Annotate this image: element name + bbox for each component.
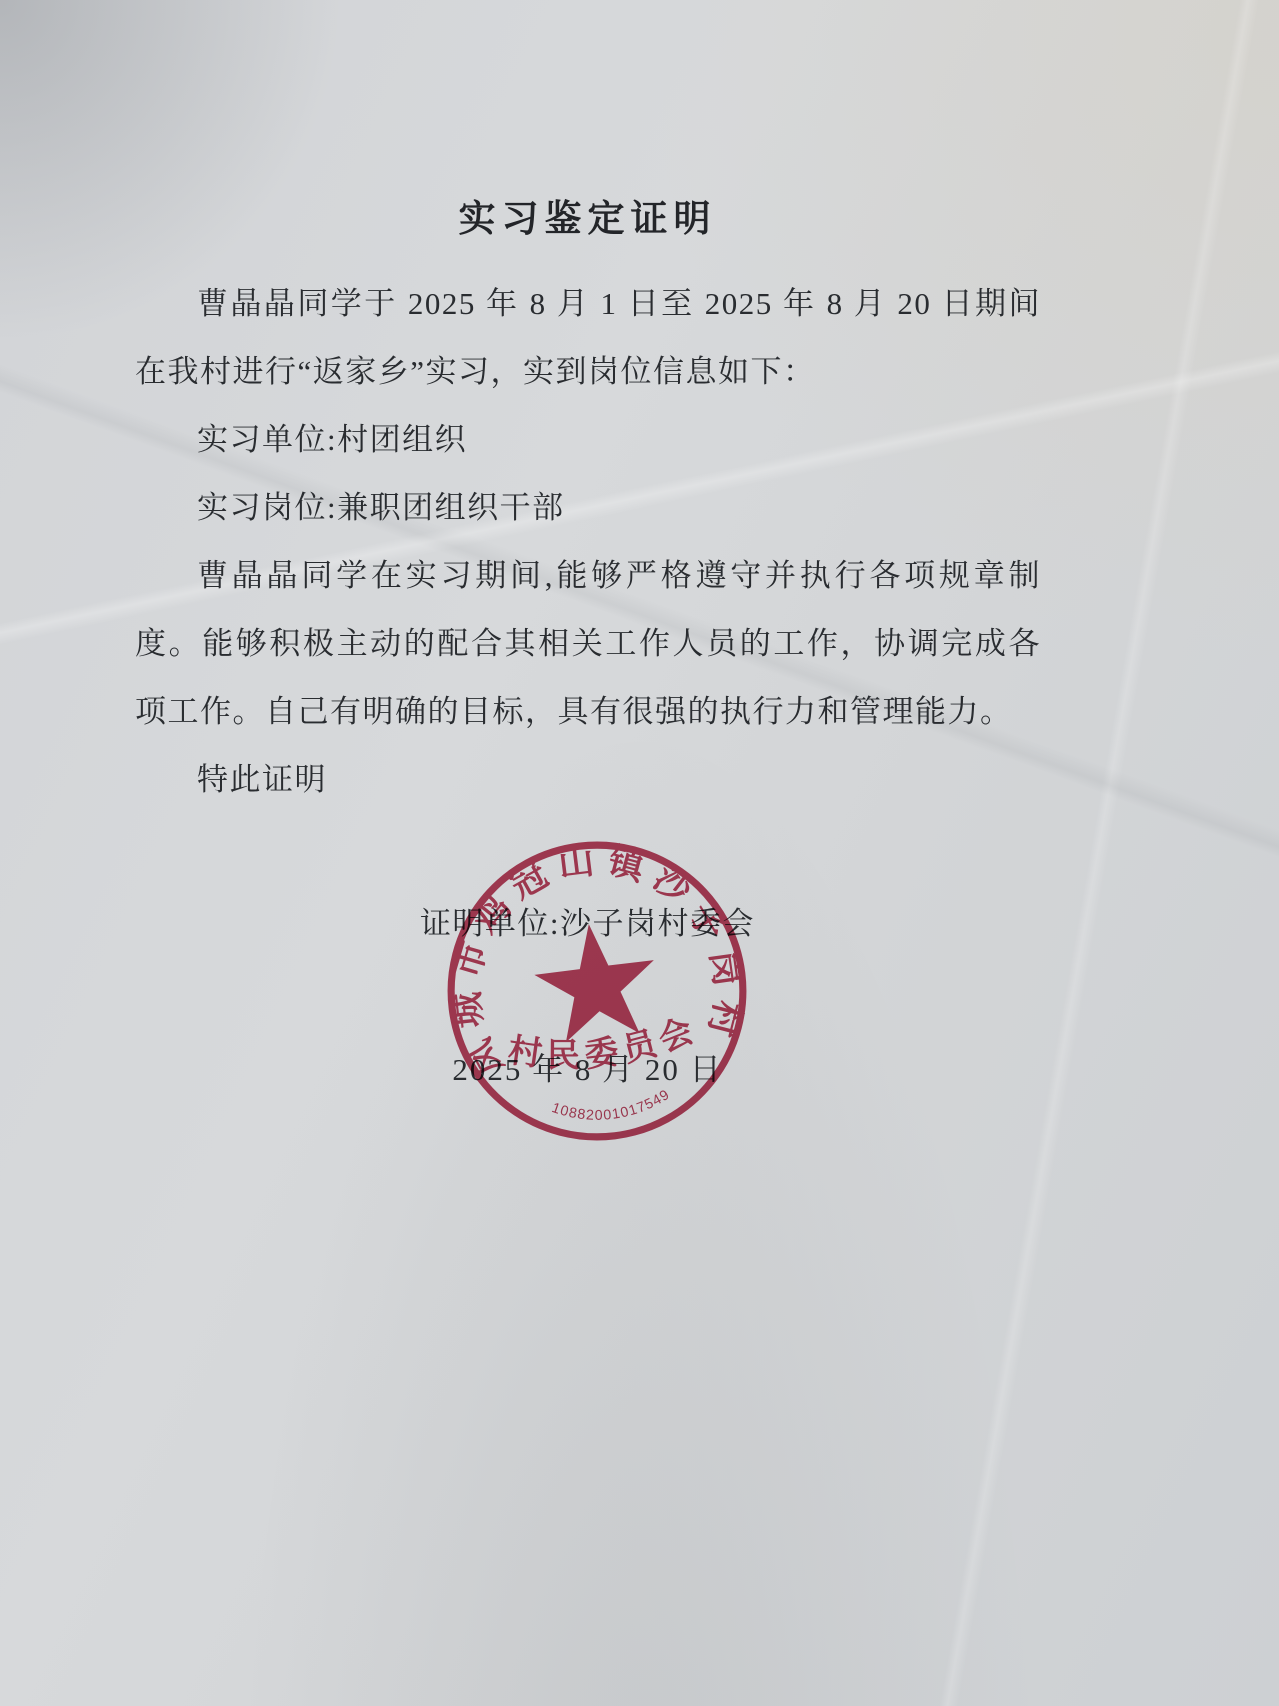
document-title: 实习鉴定证明 (135, 188, 1040, 242)
seal-ring (434, 828, 759, 1153)
certificate-page: 实习鉴定证明 曹晶晶同学于 2025 年 8 月 1 日至 2025 年 8 月… (0, 0, 1279, 1706)
closing-line: 特此证明 (135, 746, 1041, 814)
intro-paragraph: 曹晶晶同学于 2025 年 8 月 1 日至 2025 年 8 月 20 日期间… (135, 270, 1041, 406)
issuer-line: 证明单位:沙子岗村委会 (135, 898, 1040, 943)
seal-serial-number: 10882001017549 (548, 1086, 675, 1131)
internship-post-line: 实习岗位:兼职团组织干部 (135, 474, 1041, 542)
date-line: 2025 年 8 月 20 日 (135, 1044, 1040, 1089)
document-body: 曹晶晶同学于 2025 年 8 月 1 日至 2025 年 8 月 20 日期间… (135, 270, 1041, 814)
internship-unit-line: 实习单位:村团组织 (135, 406, 1041, 474)
official-seal: 凤城市鸡冠山镇沙子岗村 村民委员会 10882001017549 (426, 820, 767, 1161)
official-seal-graphic: 凤城市鸡冠山镇沙子岗村 村民委员会 10882001017549 (426, 820, 767, 1161)
photo-background: { "document": { "title": "实习鉴定证明", "intr… (0, 0, 1279, 1706)
seal-serial-holder: 10882001017549 (548, 1086, 675, 1131)
appraisal-paragraph: 曹晶晶同学在实习期间,能够严格遵守并执行各项规章制度。能够积极主动的配合其相关工… (135, 542, 1041, 746)
